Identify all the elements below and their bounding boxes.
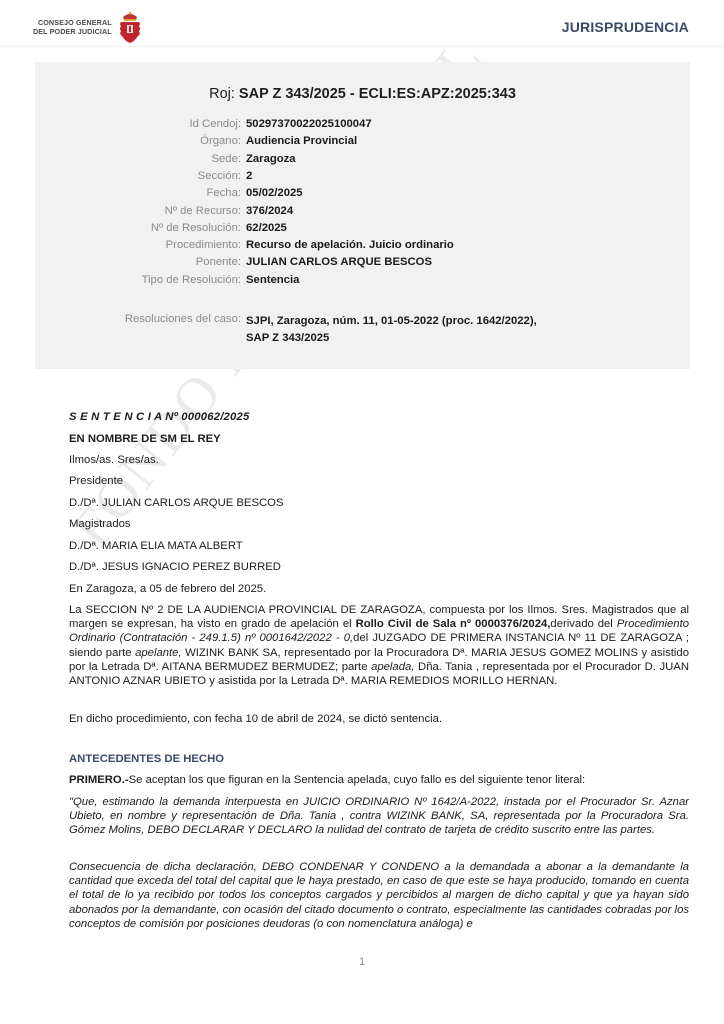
rollo-civil: Rollo Civil de Sala nº 0000376/2024,	[356, 618, 551, 630]
magistrados-label: Magistrados	[69, 517, 131, 531]
apelante-label: apelante,	[135, 647, 181, 659]
apelada-label: apelada,	[371, 661, 414, 673]
logo-text: CONSEJO GENERAL DEL PODER JUDICIAL	[33, 18, 112, 37]
meta-value: Recurso de apelación. Juicio ordinario	[246, 239, 454, 251]
primero-text: Se aceptan los que figuran en la Sentenc…	[129, 774, 586, 786]
quote-paragraph-2: Consecuencia de dicha declaración, DEBO …	[69, 860, 689, 931]
quote-paragraph-1: "Que, estimando la demanda interpuesta e…	[69, 795, 689, 838]
meta-value: 05/02/2025	[246, 187, 303, 199]
meta-value: JULIAN CARLOS ARQUE BESCOS	[246, 256, 432, 268]
antecedentes-heading: ANTECEDENTES DE HECHO	[69, 752, 224, 766]
meta-value: Audiencia Provincial	[246, 135, 357, 147]
magistrado-2: D./Dª. JESUS IGNACIO PEREZ BURRED	[69, 560, 281, 574]
primero-paragraph: PRIMERO.-Se aceptan los que figuran en l…	[69, 773, 585, 787]
roj-value: SAP Z 343/2025 - ECLI:ES:APZ:2025:343	[239, 86, 516, 102]
meta-row: Ponente:JULIAN CARLOS ARQUE BESCOS	[35, 256, 690, 273]
logo-line-2: DEL PODER JUDICIAL	[33, 27, 112, 37]
roj-label: Roj:	[209, 86, 235, 102]
intro-paragraph: La SECCION Nº 2 DE LA AUDIENCIA PROVINCI…	[69, 603, 689, 688]
meta-row: Fecha:05/02/2025	[35, 187, 690, 204]
ilmos-line: Ilmos/as. Sres/as.	[69, 453, 159, 467]
intro-text-2: derivado del	[550, 618, 616, 630]
case-resolution-link-1[interactable]: SJPI, Zaragoza, núm. 11, 01-05-2022 (pro…	[246, 315, 537, 327]
meta-value: 62/2025	[246, 222, 287, 234]
meta-row: Tipo de Resolución:Sentencia	[35, 274, 690, 291]
coat-of-arms-icon	[117, 10, 143, 44]
cgpj-logo: CONSEJO GENERAL DEL PODER JUDICIAL	[33, 10, 143, 44]
meta-label: Sede:	[211, 153, 241, 165]
logo-line-1: CONSEJO GENERAL	[33, 18, 112, 28]
meta-value: 2	[246, 170, 252, 182]
magistrado-1: D./Dª. MARIA ELIA MATA ALBERT	[69, 539, 243, 553]
meta-value: 376/2024	[246, 205, 293, 217]
en-nombre-heading: EN NOMBRE DE SM EL REY	[69, 432, 221, 446]
meta-value: Sentencia	[246, 274, 299, 286]
presidente-name: D./Dª. JULIAN CARLOS ARQUE BESCOS	[69, 496, 283, 510]
procedimiento-line: En dicho procedimiento, con fecha 10 de …	[69, 712, 442, 726]
meta-label: Resoluciones del caso:	[125, 313, 241, 325]
meta-row: Procedimiento:Recurso de apelación. Juic…	[35, 239, 690, 256]
meta-row: Sección:2	[35, 170, 690, 187]
place-date: En Zaragoza, a 05 de febrero del 2025.	[69, 582, 266, 596]
meta-label: Nº de Recurso:	[165, 205, 241, 217]
meta-label: Nº de Resolución:	[151, 222, 241, 234]
roj-title: Roj: SAP Z 343/2025 - ECLI:ES:APZ:2025:3…	[35, 86, 690, 102]
case-resolutions-value: SJPI, Zaragoza, núm. 11, 01-05-2022 (pro…	[246, 313, 666, 347]
primero-label: PRIMERO.-	[69, 774, 129, 786]
meta-row: Nº de Resolución:62/2025	[35, 222, 690, 239]
meta-label: Procedimiento:	[166, 239, 241, 251]
meta-row: Id Cendoj:50297370022025100047	[35, 118, 690, 135]
presidente-label: Presidente	[69, 474, 123, 488]
page-number: 1	[0, 956, 724, 968]
meta-row: Sede:Zaragoza	[35, 153, 690, 170]
page-header: CONSEJO GENERAL DEL PODER JUDICIAL JURIS…	[0, 0, 724, 47]
meta-label: Fecha:	[206, 187, 241, 199]
meta-row: Órgano:Audiencia Provincial	[35, 135, 690, 152]
meta-label: Id Cendoj:	[190, 118, 242, 130]
meta-value: Zaragoza	[246, 153, 296, 165]
sentencia-title: S E N T E N C I A Nº 000062/2025	[69, 410, 249, 424]
meta-label: Tipo de Resolución:	[142, 274, 241, 286]
metadata-panel: Roj: SAP Z 343/2025 - ECLI:ES:APZ:2025:3…	[35, 62, 690, 369]
meta-value: 50297370022025100047	[246, 118, 372, 130]
meta-row-case-resolutions: Resoluciones del caso: SJPI, Zaragoza, n…	[35, 313, 690, 330]
meta-label: Ponente:	[196, 256, 241, 268]
case-resolution-link-2[interactable]: SAP Z 343/2025	[246, 332, 329, 344]
meta-row: Nº de Recurso:376/2024	[35, 205, 690, 222]
app-title: JURISPRUDENCIA	[562, 19, 689, 35]
meta-label: Órgano:	[200, 135, 241, 147]
meta-label: Sección:	[198, 170, 241, 182]
